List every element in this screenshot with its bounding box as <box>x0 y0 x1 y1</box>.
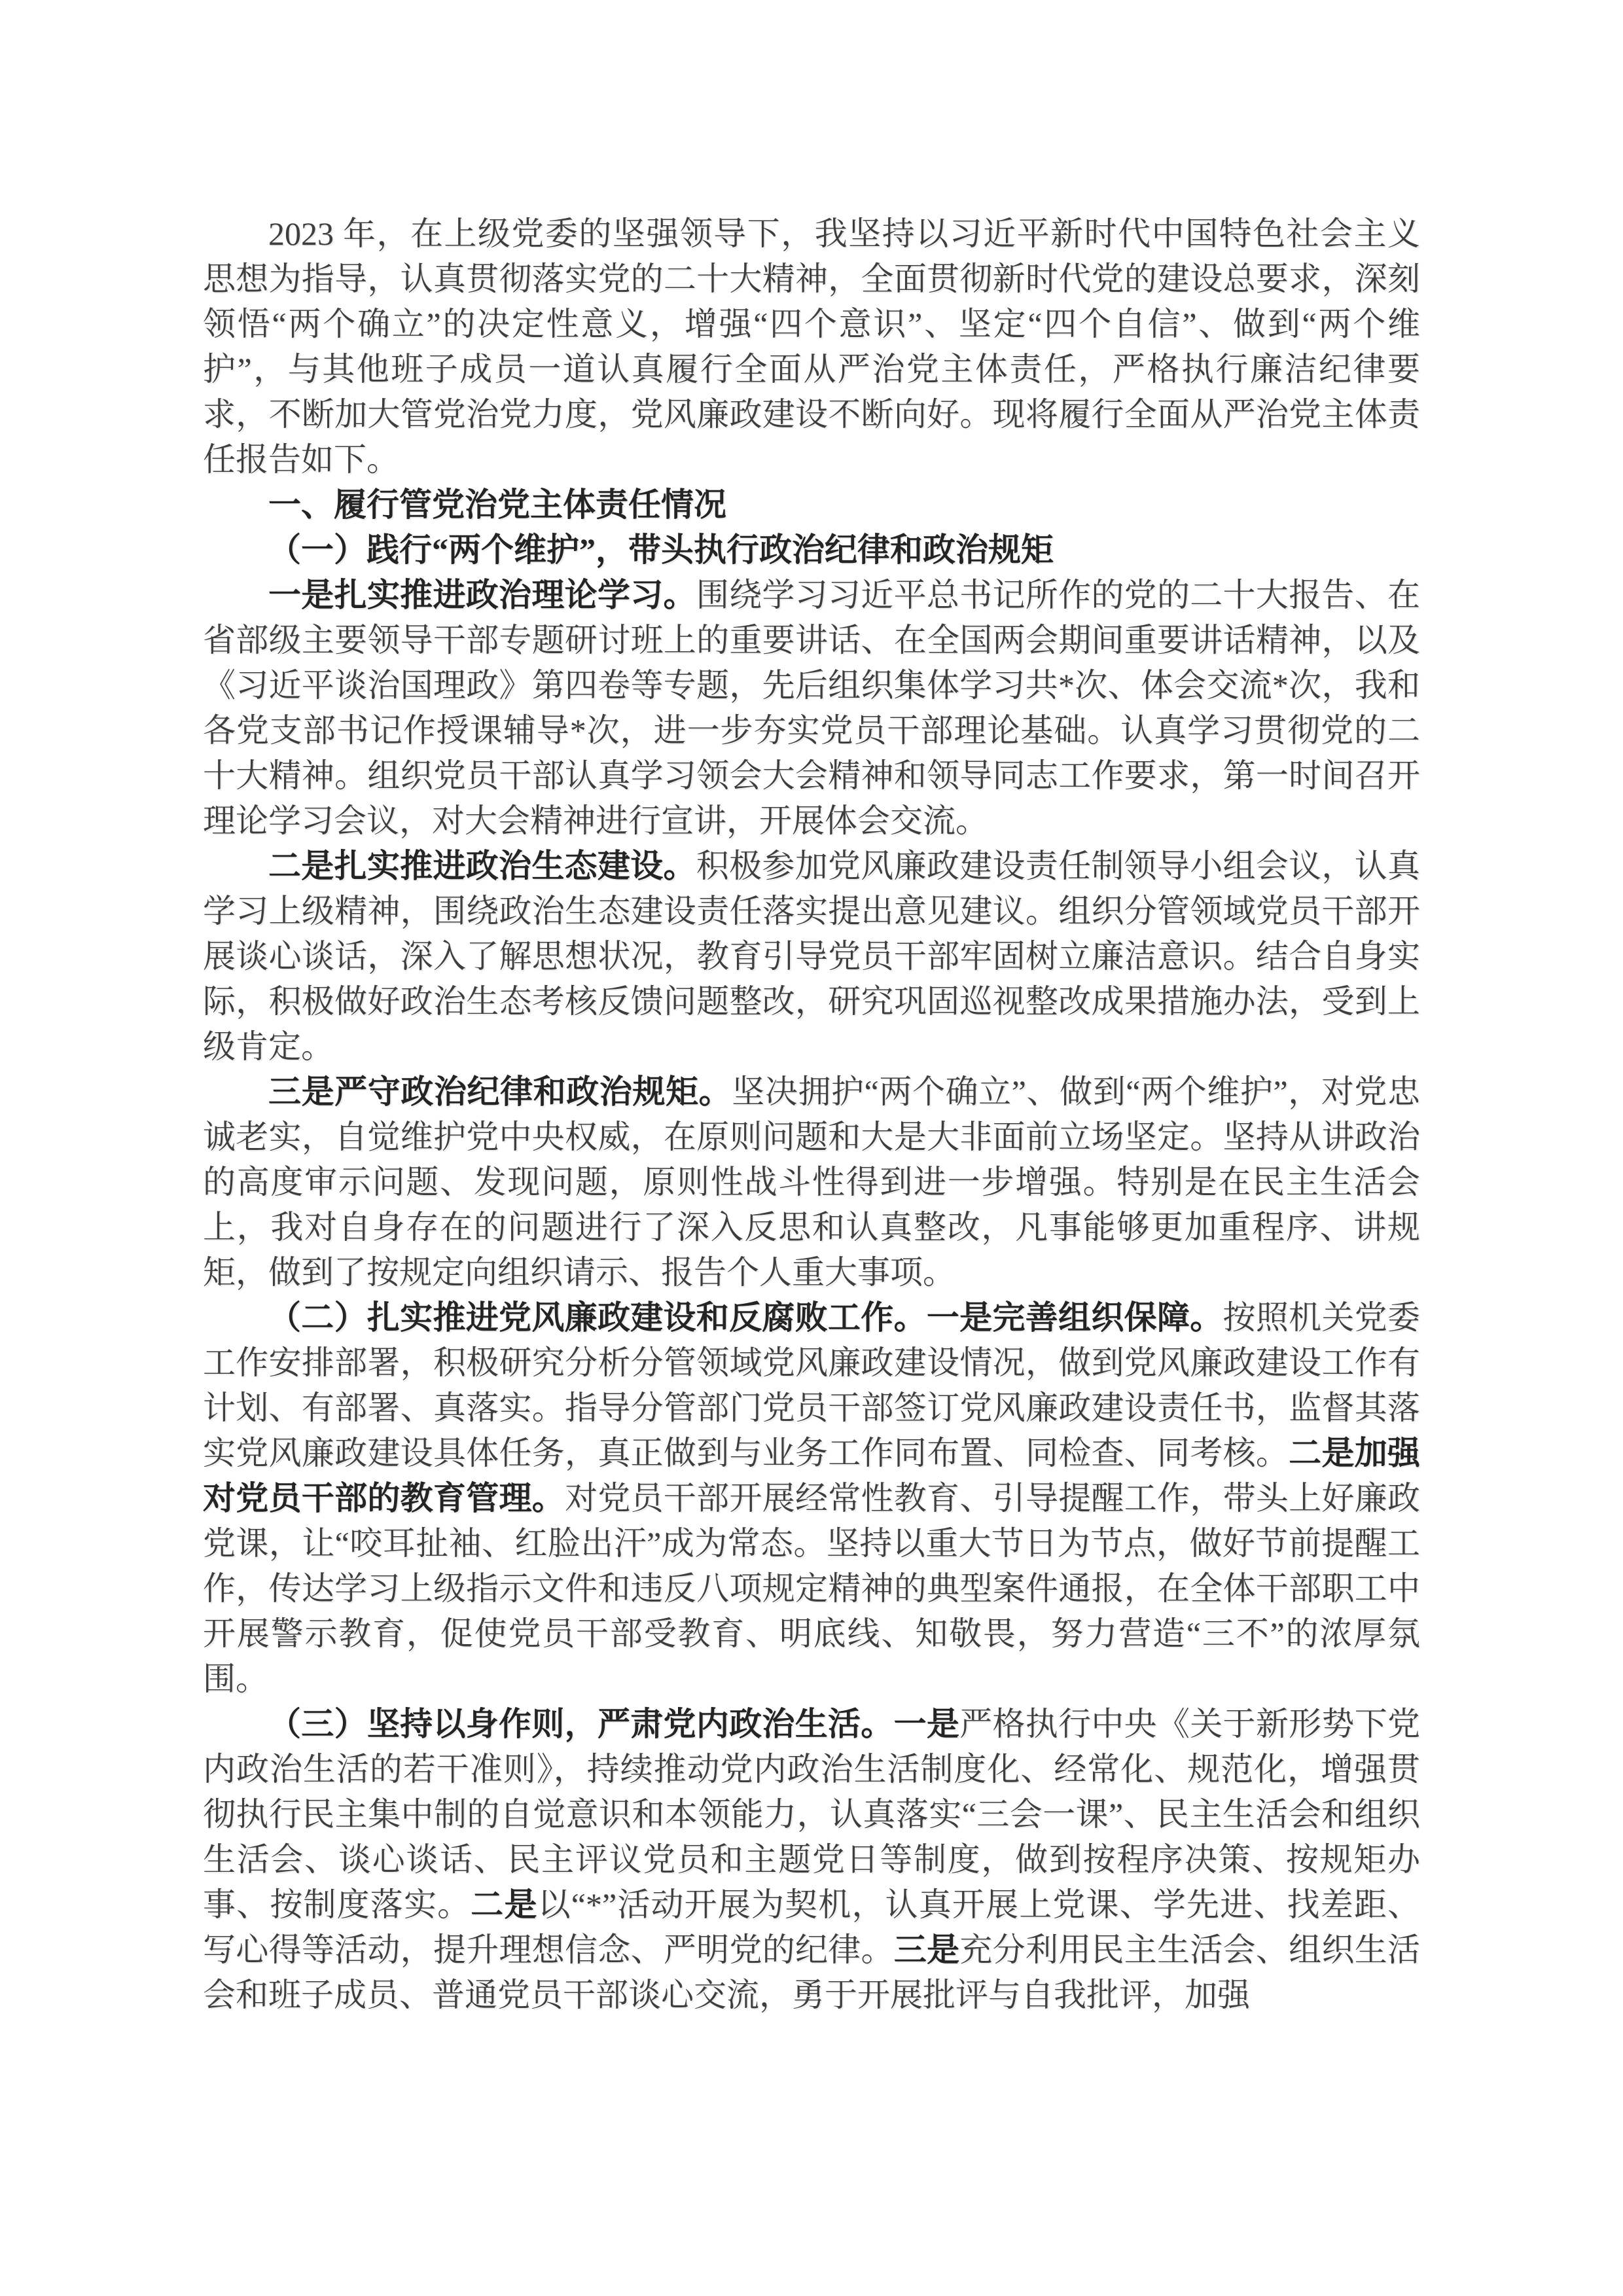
bold-run: 一是扎实推进政治理论学习。 <box>268 577 696 613</box>
paragraph-point-3: 三是严守政治纪律和政治规矩。坚决拥护“两个确立”、做到“两个维护”，对党忠诚老实… <box>203 1069 1420 1295</box>
paragraph-section-3: （三）坚持以身作则，严肃党内政治生活。一是严格执行中央《关于新形势下党内政治生活… <box>203 1702 1420 2018</box>
bold-run: 二是扎实推进政治生态建设。 <box>268 848 696 884</box>
section-heading: 一、履行管党治党主体责任情况 <box>203 482 1420 528</box>
text-run: 2023 年，在上级党委的坚强领导下，我坚持以习近平新时代中国特色社会主义思想为… <box>203 215 1420 478</box>
paragraph-section-2: （二）扎实推进党风廉政建设和反腐败工作。一是完善组织保障。按照机关党委工作安排部… <box>203 1295 1420 1702</box>
bold-run: 三是 <box>894 1931 960 1968</box>
paragraph-point-1: 一是扎实推进政治理论学习。围绕学习习近平总书记所作的党的二十大报告、在省部级主要… <box>203 573 1420 844</box>
section-heading-text: 一、履行管党治党主体责任情况 <box>268 486 726 523</box>
document-page: 2023 年，在上级党委的坚强领导下，我坚持以习近平新时代中国特色社会主义思想为… <box>0 0 1623 2296</box>
document-body: 2023 年，在上级党委的坚强领导下，我坚持以习近平新时代中国特色社会主义思想为… <box>203 211 1420 2018</box>
bold-run: （二）扎实推进党风廉政建设和反腐败工作。一是完善组织保障。 <box>268 1299 1223 1336</box>
bold-run: 二是 <box>471 1886 537 1923</box>
paragraph-point-2: 二是扎实推进政治生态建设。积极参加党风廉政建设责任制领导小组会议，认真学习上级精… <box>203 844 1420 1069</box>
paragraph-intro: 2023 年，在上级党委的坚强领导下，我坚持以习近平新时代中国特色社会主义思想为… <box>203 211 1420 482</box>
subsection-heading-text: （一）践行“两个维护”，带头执行政治纪律和政治规矩 <box>268 531 1054 568</box>
subsection-heading: （一）践行“两个维护”，带头执行政治纪律和政治规矩 <box>203 528 1420 573</box>
bold-run: （三）坚持以身作则，严肃党内政治生活。一是 <box>268 1706 959 1742</box>
bold-run: 三是严守政治纪律和政治规矩。 <box>268 1073 732 1110</box>
text-run: 围绕学习习近平总书记所作的党的二十大报告、在省部级主要领导干部专题研讨班上的重要… <box>203 577 1420 839</box>
